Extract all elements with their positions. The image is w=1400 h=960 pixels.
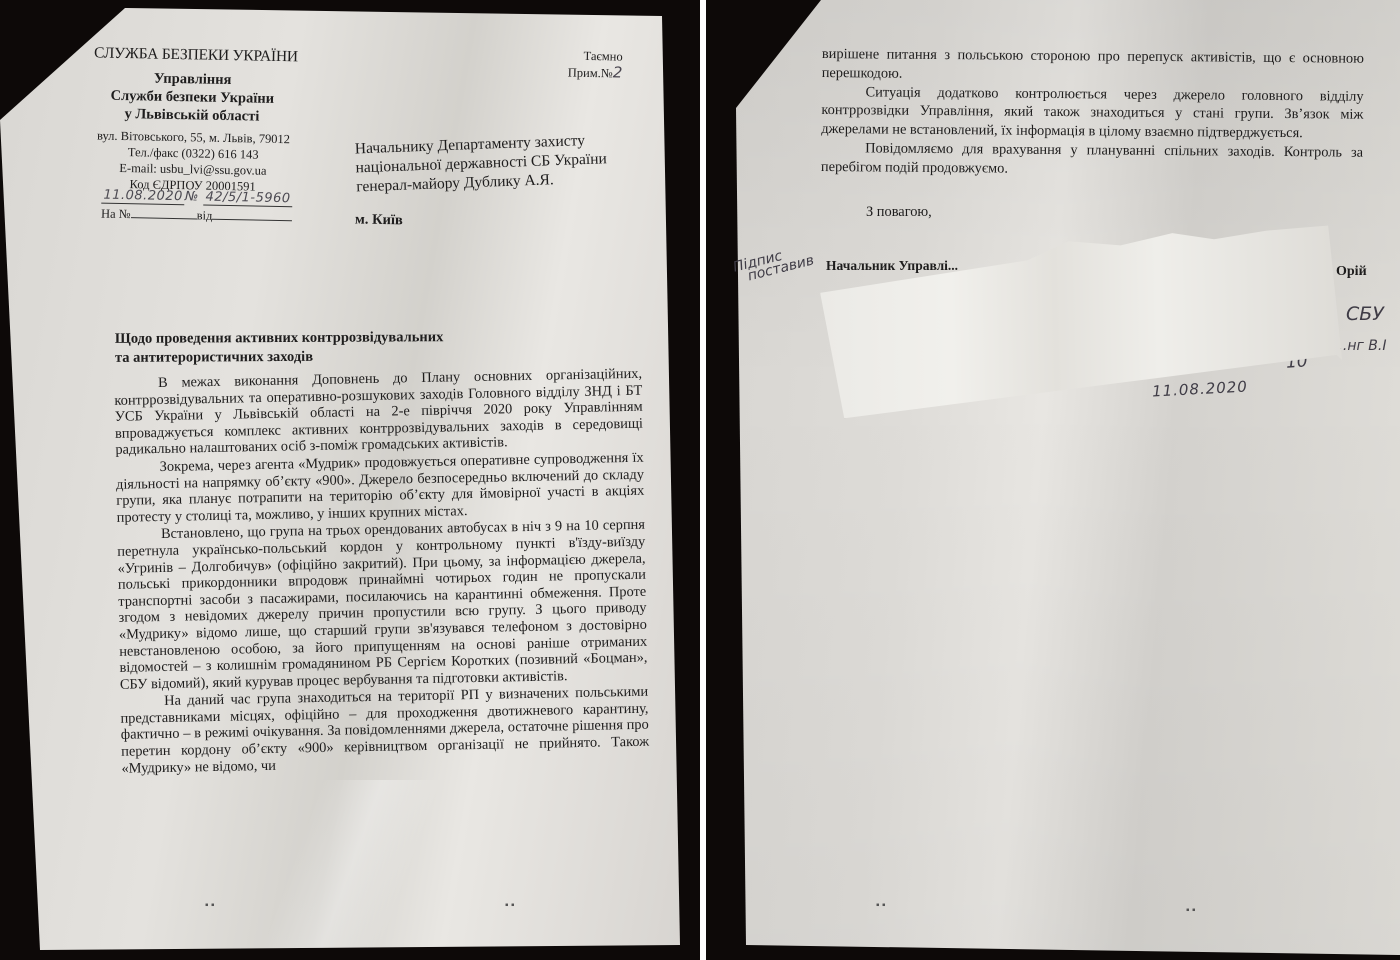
page-1-content: СЛУЖБА БЕЗПЕКИ УКРАЇНИ Управління Служби… xyxy=(0,0,700,960)
paragraph: Повідомляємо для врахування у плануванні… xyxy=(821,139,1363,181)
reference-line: На №від xyxy=(101,207,293,226)
registration-no-label: № xyxy=(185,189,199,204)
reference-date-blank xyxy=(212,210,292,222)
recipient-city: м. Київ xyxy=(355,211,403,229)
handwritten-margin-note: Підпис поставив xyxy=(732,243,815,286)
contact-block: вул. Вітовського, 55, м. Львів, 79012 Те… xyxy=(87,127,298,195)
paragraph: Зокрема, через агента «Мудрик» продовжує… xyxy=(116,450,645,526)
document-page-2: вирішене питання з польською стороною пр… xyxy=(706,0,1400,960)
paragraph: Ситуація додатково контролюється через д… xyxy=(821,83,1363,144)
page-2-content: вирішене питання з польською стороною пр… xyxy=(706,0,1400,960)
registration-number: 42/5/1-5960 xyxy=(203,190,292,208)
handwritten-sby: СБУ xyxy=(1346,303,1384,325)
paragraph: вирішене питання з польською стороною пр… xyxy=(822,45,1364,87)
organization-name: СЛУЖБА БЕЗПЕКИ УКРАЇНИ xyxy=(94,44,298,66)
recipient-block: Начальнику Департаменту захисту націонал… xyxy=(355,130,608,196)
department-line: у Львівській області xyxy=(97,105,287,127)
reference-from-label: від xyxy=(197,208,213,222)
paragraph: Встановлено, що група на трьох орендован… xyxy=(117,517,648,693)
signatory-name: Орій xyxy=(1336,264,1367,280)
copy-number: 2 xyxy=(613,63,623,81)
signatory-title: Начальник Управлі... xyxy=(826,258,958,274)
paragraph: В межах виконання Доповнень до Плану осн… xyxy=(114,366,643,459)
reference-label: На № xyxy=(101,207,131,222)
handwritten-initials: ...нг В.І xyxy=(1334,338,1387,354)
document-subject: Щодо проведення активних контррозвідувал… xyxy=(115,328,444,368)
document-page-1: СЛУЖБА БЕЗПЕКИ УКРАЇНИ Управління Служби… xyxy=(0,0,700,960)
paragraph: На даний час група знаходиться на терито… xyxy=(120,684,649,777)
print-mark: ▪ ▪ xyxy=(1186,905,1196,916)
print-mark: ▪ ▪ xyxy=(205,900,215,911)
classification-label: Таємно xyxy=(568,48,623,65)
print-mark: ▪ ▪ xyxy=(505,900,515,911)
registration-date: 11.08.2020 xyxy=(101,188,185,206)
copy-label: Прим.№ xyxy=(568,66,613,81)
subject-line: Щодо проведення активних контррозвідувал… xyxy=(115,328,444,349)
reference-blank xyxy=(131,208,197,219)
body-text: вирішене питання з польською стороною пр… xyxy=(821,45,1364,181)
department-block: Управління Служби безпеки України у Льві… xyxy=(97,69,288,127)
print-mark: ▪ ▪ xyxy=(876,900,886,911)
registration-line: 11.08.2020№ 42/5/1-5960 xyxy=(101,188,292,207)
body-text: В межах виконання Доповнень до Плану осн… xyxy=(114,366,650,778)
redaction-torn-paper xyxy=(819,225,1344,419)
closing: З повагою, xyxy=(866,204,932,221)
subject-line: та антитерористичних заходів xyxy=(115,347,444,368)
handwritten-date: 11.08.2020 xyxy=(1152,378,1249,401)
classification-stamp: Таємно Прим.№2 xyxy=(568,48,623,82)
